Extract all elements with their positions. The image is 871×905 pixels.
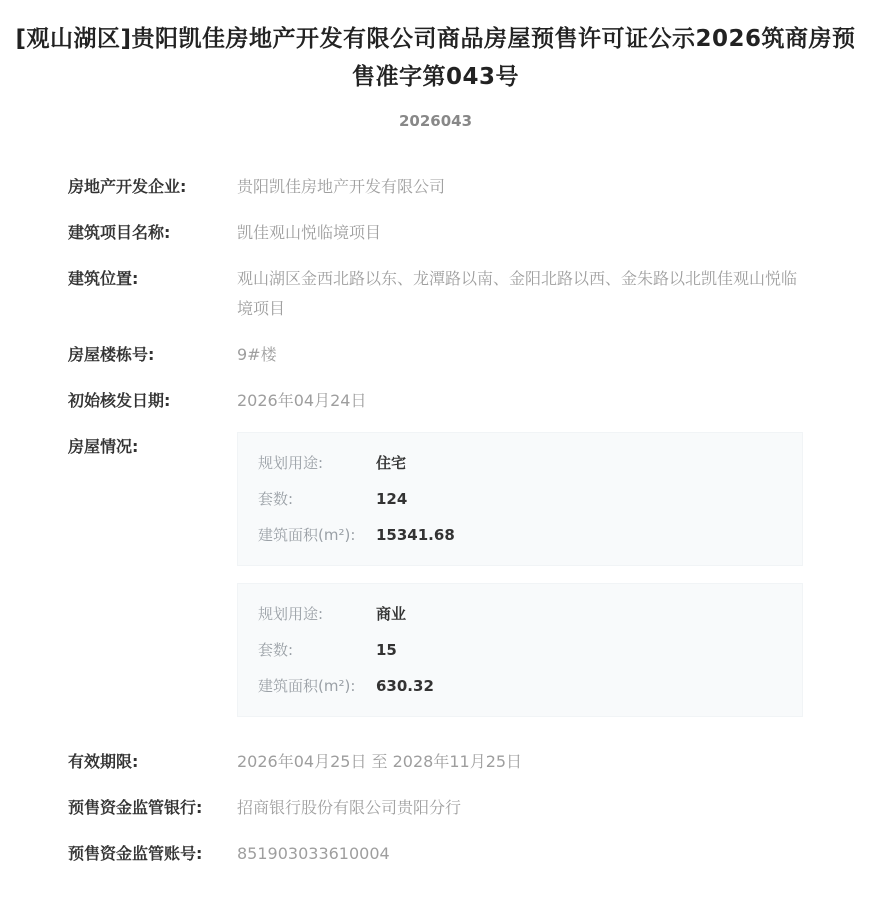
field-row-issue-date: 初始核发日期: 2026年04月24日 — [68, 386, 803, 416]
housing-unit-card-residential: 规划用途: 住宅 套数: 124 建筑面积(m²): 15341.68 — [237, 432, 803, 566]
unit-field-label: 规划用途: — [258, 596, 376, 632]
unit-field-label: 规划用途: — [258, 445, 376, 481]
field-row-developer: 房地产开发企业: 贵阳凯佳房地产开发有限公司 — [68, 172, 803, 202]
field-row-supervision-bank: 预售资金监管银行: 招商银行股份有限公司贵阳分行 — [68, 793, 803, 823]
field-label: 有效期限: — [68, 747, 237, 777]
field-value: 2026年04月24日 — [237, 386, 803, 416]
field-row-location: 建筑位置: 观山湖区金西北路以东、龙潭路以南、金阳北路以西、金朱路以北凯佳观山悦… — [68, 264, 803, 324]
unit-field-row: 套数: 15 — [258, 632, 782, 668]
field-value: 贵阳凯佳房地产开发有限公司 — [237, 172, 803, 202]
field-row-validity-period: 有效期限: 2026年04月25日 至 2028年11月25日 — [68, 747, 803, 777]
unit-field-row: 套数: 124 — [258, 481, 782, 517]
unit-field-row: 规划用途: 商业 — [258, 596, 782, 632]
field-row-project-name: 建筑项目名称: 凯佳观山悦临境项目 — [68, 218, 803, 248]
unit-field-value: 630.32 — [376, 668, 434, 704]
unit-field-label: 套数: — [258, 632, 376, 668]
fields-section: 房地产开发企业: 贵阳凯佳房地产开发有限公司 建筑项目名称: 凯佳观山悦临境项目… — [0, 172, 871, 869]
field-value: 9#楼 — [237, 340, 803, 370]
unit-field-value: 15 — [376, 632, 397, 668]
page-title: [观山湖区]贵阳凯佳房地产开发有限公司商品房屋预售许可证公示2026筑商房预售准… — [0, 20, 871, 96]
field-label: 建筑位置: — [68, 264, 237, 294]
field-value: 851903033610004 — [237, 839, 803, 869]
field-value: 凯佳观山悦临境项目 — [237, 218, 803, 248]
housing-units-list: 规划用途: 住宅 套数: 124 建筑面积(m²): 15341.68 规划用途… — [237, 432, 803, 717]
field-row-housing-status: 房屋情况: 规划用途: 住宅 套数: 124 建筑面积(m²): 15341.6… — [68, 432, 803, 717]
field-value: 观山湖区金西北路以东、龙潭路以南、金阳北路以西、金朱路以北凯佳观山悦临境项目 — [237, 264, 803, 324]
field-label: 初始核发日期: — [68, 386, 237, 416]
field-label: 房屋楼栋号: — [68, 340, 237, 370]
unit-field-label: 套数: — [258, 481, 376, 517]
unit-field-row: 建筑面积(m²): 630.32 — [258, 668, 782, 704]
announcement-page: [观山湖区]贵阳凯佳房地产开发有限公司商品房屋预售许可证公示2026筑商房预售准… — [0, 0, 871, 905]
field-label: 建筑项目名称: — [68, 218, 237, 248]
unit-field-label: 建筑面积(m²): — [258, 668, 376, 704]
housing-unit-card-commercial: 规划用途: 商业 套数: 15 建筑面积(m²): 630.32 — [237, 583, 803, 717]
field-label: 预售资金监管账号: — [68, 839, 237, 869]
unit-field-label: 建筑面积(m²): — [258, 517, 376, 553]
field-label: 房屋情况: — [68, 432, 237, 462]
field-value: 招商银行股份有限公司贵阳分行 — [237, 793, 803, 823]
field-row-supervision-account: 预售资金监管账号: 851903033610004 — [68, 839, 803, 869]
field-value: 2026年04月25日 至 2028年11月25日 — [237, 747, 803, 777]
unit-field-value: 124 — [376, 481, 407, 517]
field-row-building-number: 房屋楼栋号: 9#楼 — [68, 340, 803, 370]
field-label: 房地产开发企业: — [68, 172, 237, 202]
field-label: 预售资金监管银行: — [68, 793, 237, 823]
permit-number: 2026043 — [0, 112, 871, 130]
unit-field-value: 商业 — [376, 596, 406, 632]
unit-field-value: 15341.68 — [376, 517, 455, 553]
unit-field-row: 规划用途: 住宅 — [258, 445, 782, 481]
unit-field-row: 建筑面积(m²): 15341.68 — [258, 517, 782, 553]
unit-field-value: 住宅 — [376, 445, 406, 481]
